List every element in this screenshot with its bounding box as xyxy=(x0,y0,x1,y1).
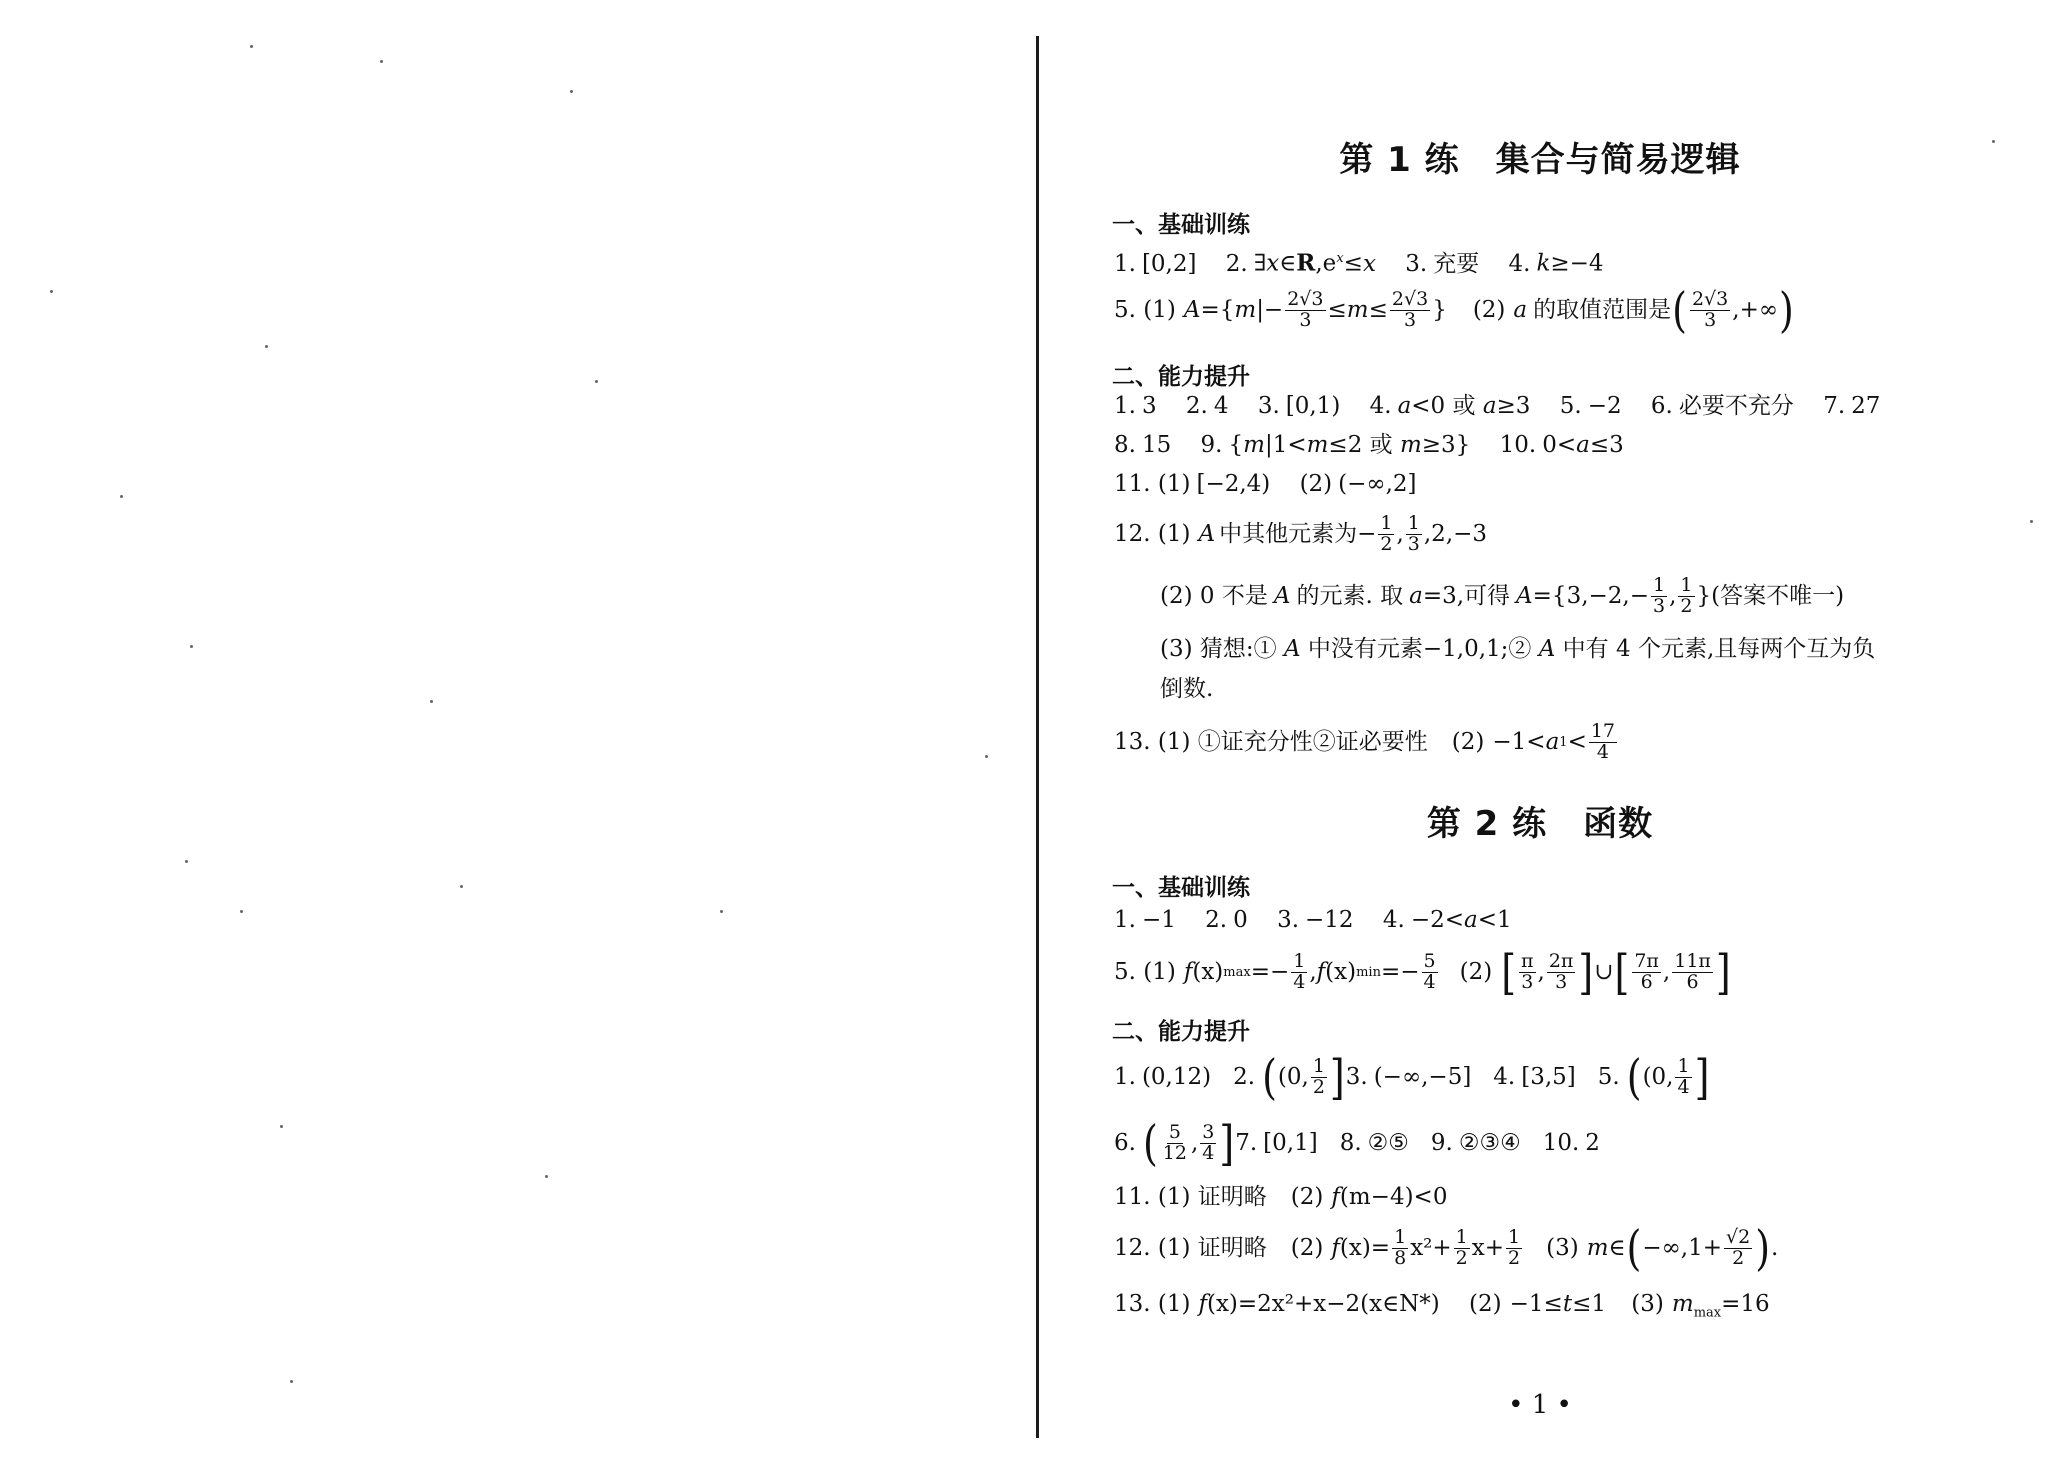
scan-speck xyxy=(720,910,723,913)
section-1-topic: 集合与简易逻辑 xyxy=(1496,140,1741,180)
scan-speck xyxy=(2030,520,2033,523)
fraction: 2√33 xyxy=(1390,290,1430,331)
s1-adv-line-12-2: (2) 0 不是A的元素. 取a=3,可得A={ 3,−2,− 13 , 12 … xyxy=(1160,576,1844,617)
fraction: √22 xyxy=(1724,1228,1752,1269)
scan-speck xyxy=(250,45,253,48)
fraction: 13 xyxy=(1406,514,1422,555)
scan-speck xyxy=(240,910,243,913)
scan-speck xyxy=(570,90,573,93)
fraction: 34 xyxy=(1200,1123,1216,1164)
fraction: 12 xyxy=(1506,1228,1522,1269)
section-2-advanced-heading: 二、能力提升 xyxy=(1112,1013,1250,1046)
scan-speck xyxy=(120,495,123,498)
scan-speck xyxy=(280,1125,283,1128)
scan-speck xyxy=(460,885,463,888)
bracket: [ xyxy=(1615,949,1630,997)
bracket: ( xyxy=(1627,1054,1642,1102)
section-2-topic: 函数 xyxy=(1583,804,1653,844)
section-1-advanced-heading: 二、能力提升 xyxy=(1112,358,1250,391)
section-1-number: 第 1 练 xyxy=(1339,140,1459,180)
fraction: 11π6 xyxy=(1672,952,1713,993)
s1-basic-line-5: 5. (1)A={m|− 2√33 ≤m≤ 2√33 } (2)a的取值范围是 … xyxy=(1114,290,1795,331)
fraction: 18 xyxy=(1392,1228,1408,1269)
fraction: 12 xyxy=(1378,514,1394,555)
scan-speck xyxy=(595,380,598,383)
s2-adv-line-6: 6.( 512, 34] 7.[0,1] 8.②⑤ 9.②③④ 10.2 xyxy=(1114,1123,1600,1164)
fraction: 2√33 xyxy=(1285,290,1325,331)
fraction: 7π6 xyxy=(1632,952,1661,993)
scan-speck xyxy=(430,700,433,703)
fraction: 12 xyxy=(1454,1228,1470,1269)
bracket: ( xyxy=(1262,1054,1277,1102)
fraction: 2√33 xyxy=(1690,290,1730,331)
s2-adv-line-1: 1.(0,12) 2.((0, 12] 3.(−∞,−5] 4.[3,5] 5.… xyxy=(1114,1057,1710,1098)
page-spine-divider xyxy=(1036,36,1039,1438)
section-2-number: 第 2 练 xyxy=(1427,804,1547,844)
bracket: ] xyxy=(1578,949,1593,997)
fraction: 12 xyxy=(1678,576,1694,617)
scan-speck xyxy=(545,1175,548,1178)
bracket: ] xyxy=(1716,949,1731,997)
fraction: 13 xyxy=(1651,576,1667,617)
s2-basic-line-1: 1.−1 2.0 3.−12 4.−2<a<1 xyxy=(1114,909,1512,932)
scan-speck xyxy=(265,345,268,348)
s2-adv-line-12: 12. (1) 证明略(2)f(x)= 18x²+ 12x+ 12 (3)m∈(… xyxy=(1114,1228,1778,1269)
fraction: 512 xyxy=(1161,1123,1189,1164)
fraction: π3 xyxy=(1519,952,1536,993)
s1-adv-line-11: 11. (1)[−2,4) (2)(−∞,2] xyxy=(1114,473,1417,496)
fraction: 174 xyxy=(1589,722,1617,763)
s2-adv-line-13: 13. (1)f(x)=2x²+x−2(x∈N*) (2)−1≤t≤1 (3)m… xyxy=(1114,1293,1770,1320)
section-1-basic-heading: 一、基础训练 xyxy=(1112,206,1250,239)
s2-adv-line-11: 11. (1) 证明略(2)f(m−4)<0 xyxy=(1114,1186,1447,1209)
bracket: [ xyxy=(1501,949,1516,997)
scan-speck xyxy=(290,1380,293,1383)
scan-speck xyxy=(190,645,193,648)
fraction: 2π3 xyxy=(1547,952,1576,993)
section-2-title: 第 2 练函数 xyxy=(1100,796,1980,845)
scan-speck xyxy=(185,860,188,863)
page-number: • 1 • xyxy=(1500,1390,1580,1420)
s1-basic-line-1: 1.[0,2] 2.∃x∈R,ex≤x 3.充要 4.k≥−4 xyxy=(1114,246,1604,276)
s1-adv-line-12-1: 12. (1)A中其他元素为− 12 , 13 ,2,−3 xyxy=(1114,514,1487,555)
s1-adv-line-1: 1.3 2.4 3.[0,1) 4.a<0 或 a≥3 5.−2 6.必要不充分… xyxy=(1114,395,1880,418)
s2-basic-line-5: 5. (1)f(x)max=− 14 ,f(x)min=− 54 (2)[ π3… xyxy=(1114,952,1732,993)
s1-adv-line-12-3: (3) 猜想:① A 中没有元素−1,0,1;② A 中有 4 个元素,且每两个… xyxy=(1160,638,1875,661)
scan-speck xyxy=(380,60,383,63)
s1-adv-line-8: 8.15 9.{m|1<m≤2 或 m≥3} 10.0<a≤3 xyxy=(1114,434,1624,457)
scan-speck xyxy=(50,290,53,293)
section-2-basic-heading: 一、基础训练 xyxy=(1112,869,1250,902)
s1-adv-line-12-3-cont: 倒数. xyxy=(1160,678,1213,701)
scan-speck xyxy=(1992,140,1995,143)
section-1-title: 第 1 练集合与简易逻辑 xyxy=(1100,132,1980,181)
fraction: 14 xyxy=(1291,952,1307,993)
s1-adv-line-13: 13. (1) ①证充分性②证必要性 (2)−1<a1< 174 xyxy=(1114,722,1619,763)
scan-speck xyxy=(985,755,988,758)
fraction: 54 xyxy=(1422,952,1438,993)
fraction: 12 xyxy=(1311,1057,1327,1098)
fraction: 14 xyxy=(1675,1057,1691,1098)
